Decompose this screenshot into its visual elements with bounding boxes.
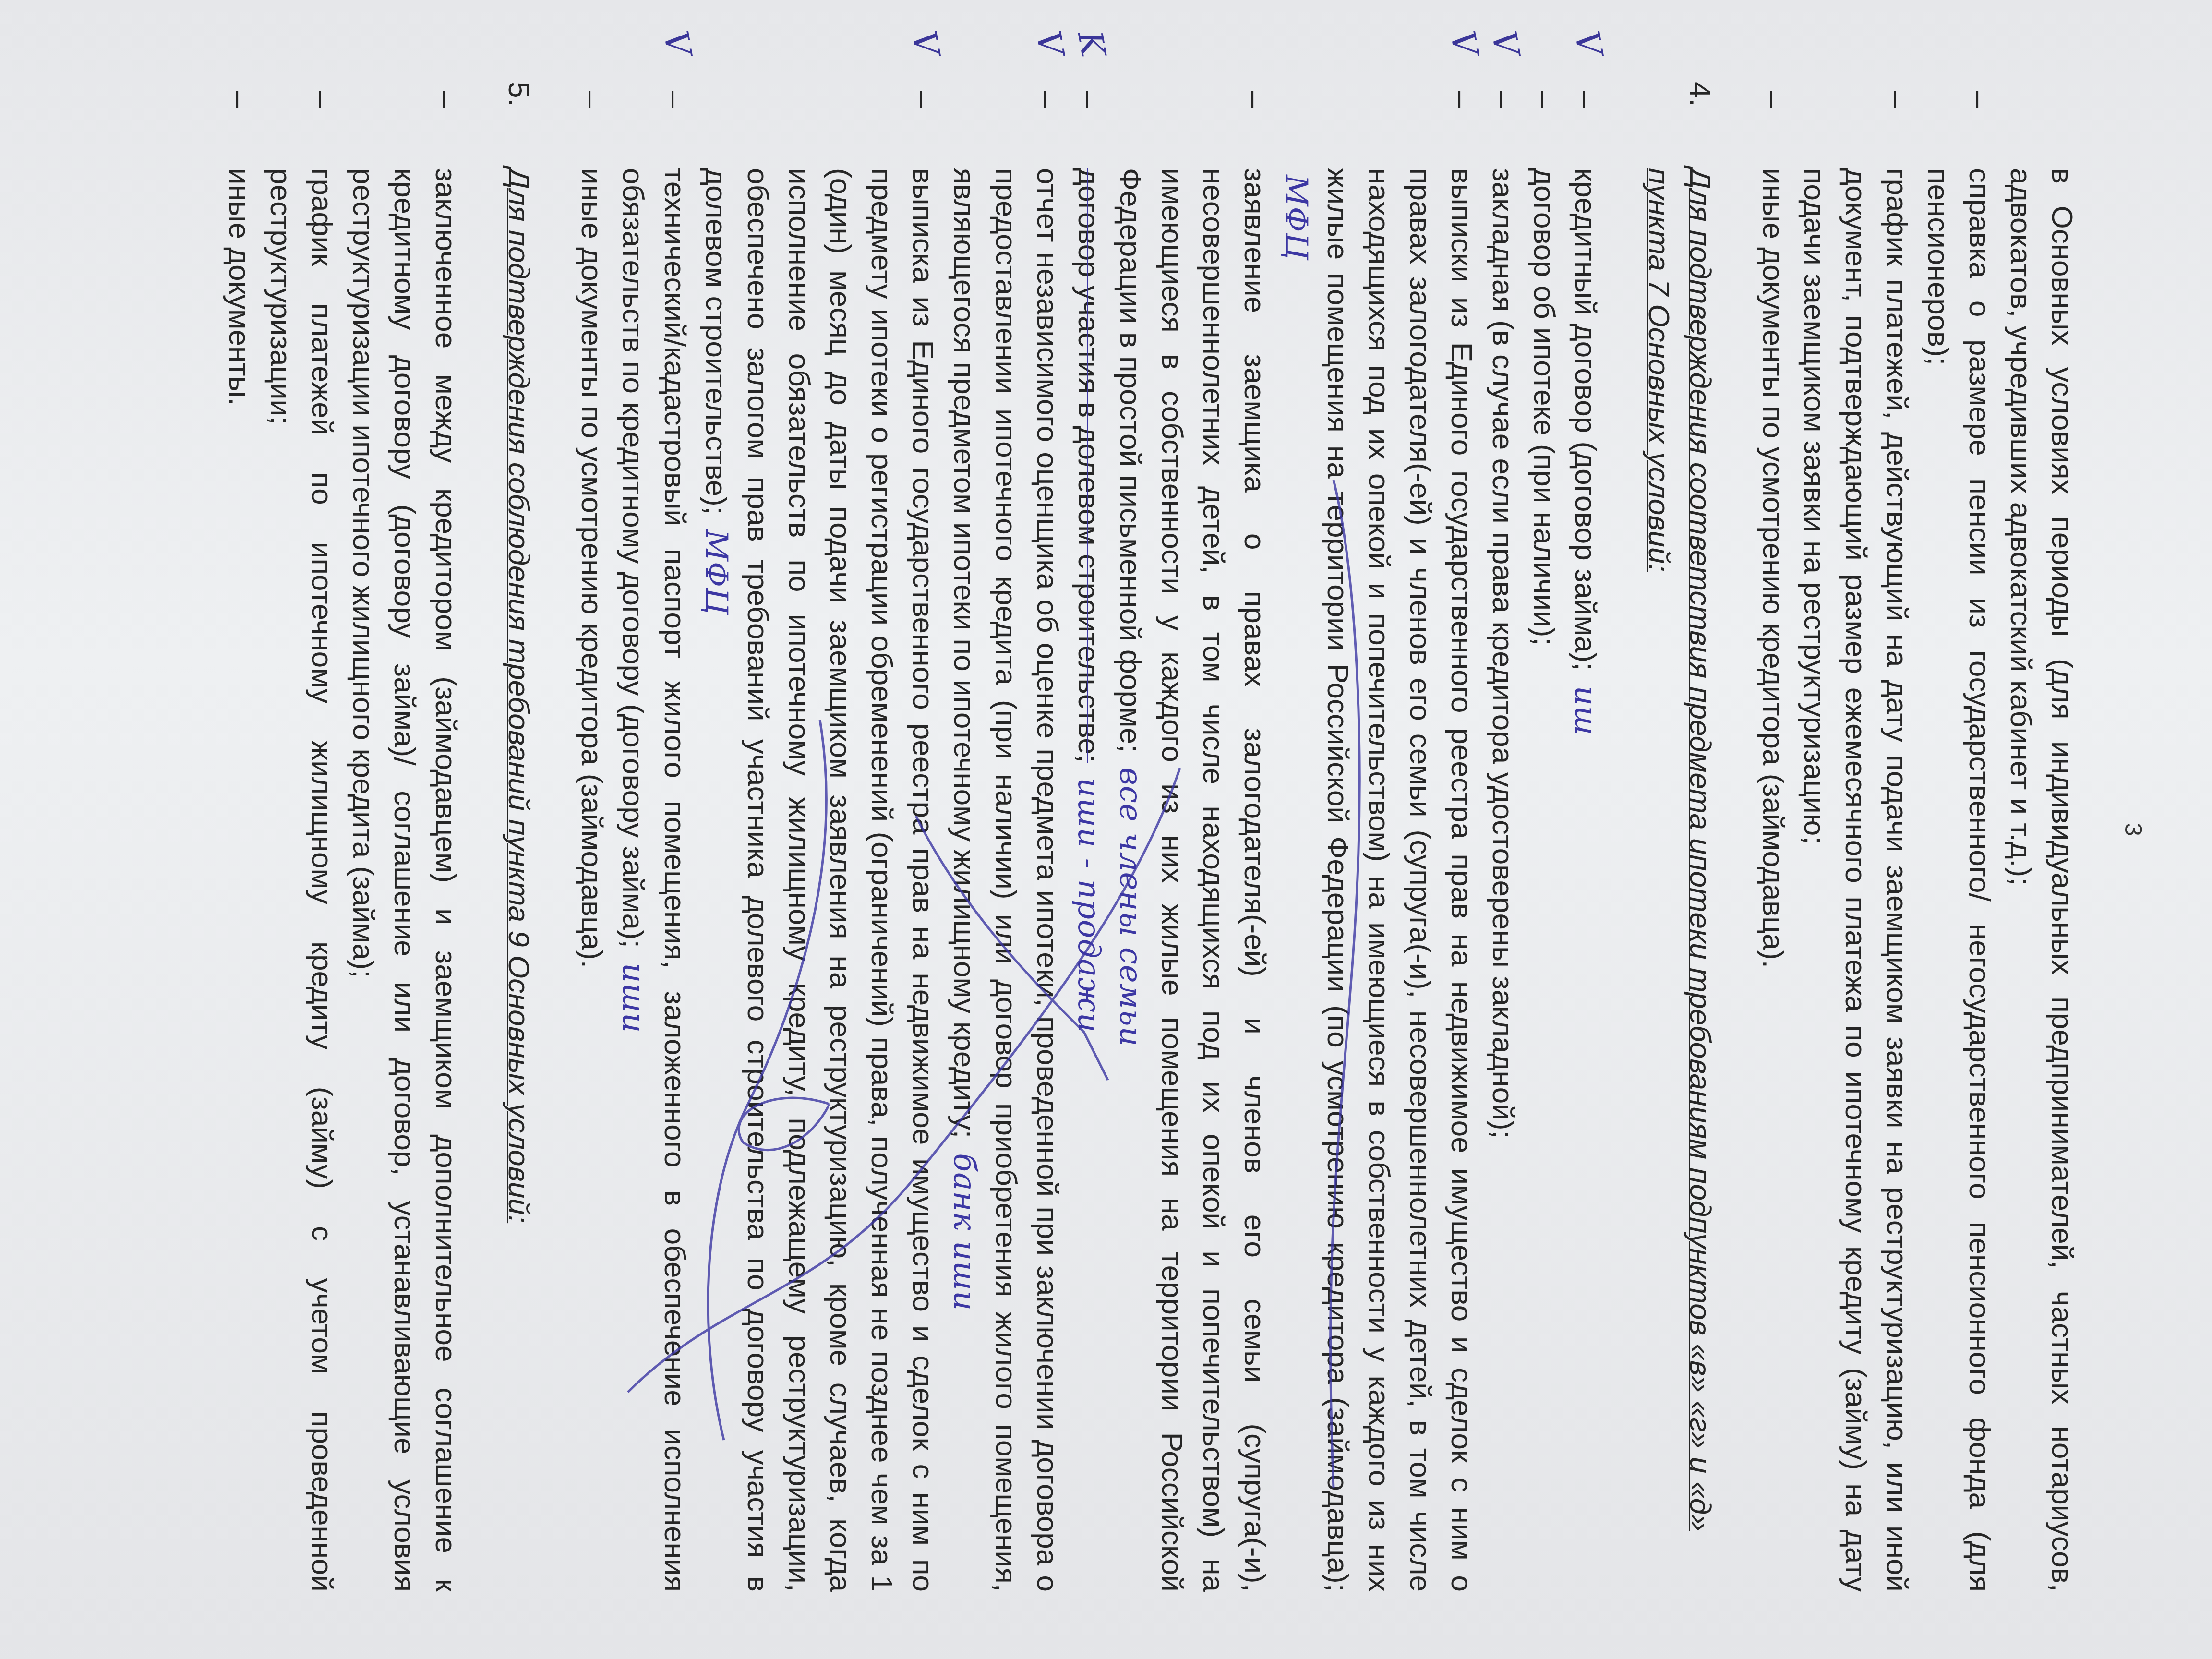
list-item: V – технический/кадастровый паспорт жило… xyxy=(612,72,695,1592)
handwritten-checkmark-icon: V xyxy=(1442,28,1486,59)
section-4-heading: 4. Для подтверждения соответствия предме… xyxy=(1638,72,1720,1592)
handwritten-note: иш xyxy=(1568,686,1603,736)
list-item: – заявление заемщика о правах залогодате… xyxy=(1109,72,1275,1592)
list-item: – иные документы. xyxy=(218,72,260,1592)
list-item: – иные документы по усмотрению кредитора… xyxy=(571,72,612,1592)
section-title: Для подтверждения соответствия предмета … xyxy=(1642,168,1717,1531)
struck-text: договор участия в долевом строительстве; xyxy=(1072,168,1105,763)
page-number: 3 xyxy=(2119,0,2147,1659)
handwritten-checkmark-icon: V xyxy=(903,28,948,59)
section-5-heading: 5. Для подтверждения соблюдения требован… xyxy=(498,72,539,1592)
list-item: – заключенное между кредитором (займодав… xyxy=(342,72,466,1592)
list-item: V – кредитный договор (договор займа); и… xyxy=(1564,72,1606,1592)
handwritten-checkmark-icon: V xyxy=(1483,28,1527,59)
document-page: 3 в Основных условиях периоды (для индив… xyxy=(0,0,2212,1659)
list-item: – график платежей по ипотечному жилищном… xyxy=(260,72,342,1592)
list-item: – график платежей, действующий на дату п… xyxy=(1793,72,1917,1592)
list-item: V – закладная (в случае если права креди… xyxy=(1482,72,1523,1592)
handwritten-note: иши - продажи xyxy=(1071,778,1106,1033)
section-4-list: V – кредитный договор (договор займа); и… xyxy=(571,72,1606,1592)
handwritten-checkmark-icon: K xyxy=(1069,28,1114,60)
list-item: K – договор участия в долевом строительс… xyxy=(1068,72,1109,1592)
list-item: V – отчет независимого оценщика об оценк… xyxy=(943,72,1068,1592)
list-item: – справка о размере пенсии из государств… xyxy=(1917,72,2000,1592)
handwritten-checkmark-icon: V xyxy=(655,28,699,59)
document-body: в Основных условиях периоды (для индивид… xyxy=(218,72,2082,1592)
list-item: в Основных условиях периоды (для индивид… xyxy=(2000,72,2082,1592)
section-title: Для подтверждения соблюдения требований … xyxy=(502,168,535,1223)
handwritten-checkmark-icon: V xyxy=(1027,28,1072,59)
handwritten-note: все члены семьи xyxy=(1113,768,1148,1047)
continuation-list: в Основных условиях периоды (для индивид… xyxy=(1752,72,2082,1592)
handwritten-note: банк иши xyxy=(947,1153,982,1311)
handwritten-note: МФЦ xyxy=(1278,175,1314,260)
list-item: – иные документы по усмотрению кредитора… xyxy=(1752,72,1793,1592)
list-item: – договор об ипотеке (при наличии); xyxy=(1523,72,1564,1592)
handwritten-note: иши xyxy=(615,963,651,1033)
list-item: V – выписка из Единого государственного … xyxy=(695,72,943,1592)
section-5-list: – заключенное между кредитором (займодав… xyxy=(218,72,466,1592)
handwritten-note: МФЦ xyxy=(698,529,734,614)
handwritten-checkmark-icon: V xyxy=(1566,28,1611,59)
list-item: V – выписки из Единого государственного … xyxy=(1275,72,1482,1592)
